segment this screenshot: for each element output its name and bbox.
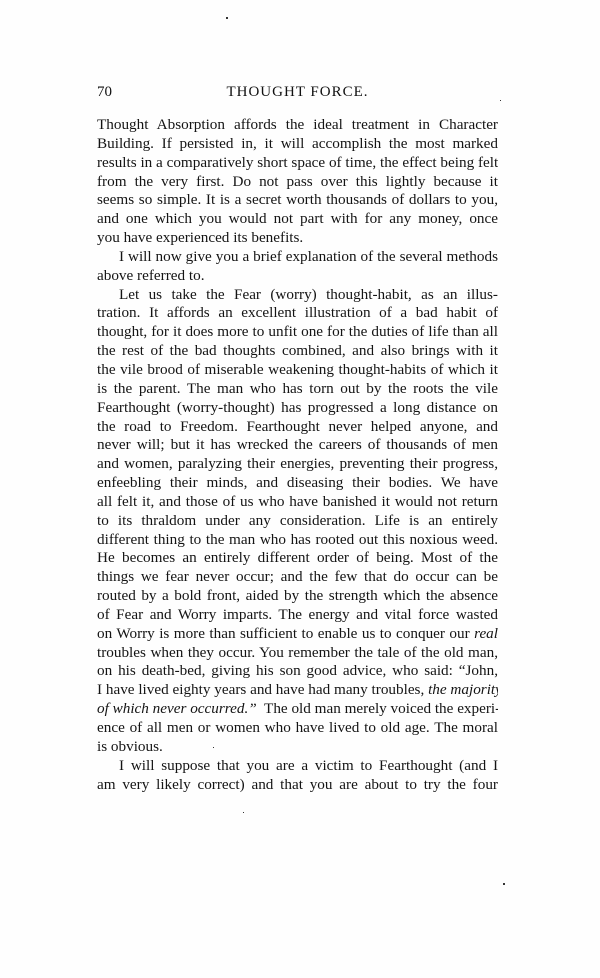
text-line: ence of all men or women who have lived …	[97, 719, 498, 738]
text-span: I have lived eighty years and have had m…	[97, 681, 428, 698]
text-line: enfeebling their minds, and diseasing th…	[97, 474, 498, 493]
italic-emphasis: of which never occurred.”	[97, 700, 257, 717]
text-line: all felt it, and those of us who have ba…	[97, 493, 498, 512]
body-text: Thought Absorption affords the ideal tre…	[97, 116, 498, 794]
text-line: I have lived eighty years and have had m…	[97, 681, 498, 700]
text-line: different thing to the man who has roote…	[97, 531, 498, 550]
text-line: of which never occurred.” The old man me…	[97, 700, 498, 719]
text-line: never will; but it has wrecked the caree…	[97, 436, 498, 455]
text-line: I will now give you a brief explanation …	[97, 248, 498, 267]
text-line: the vile brood of miserable weakening th…	[97, 361, 498, 380]
text-line: things we fear never occur; and the few …	[97, 568, 498, 587]
italic-emphasis: real	[474, 625, 498, 642]
text-line: I will suppose that you are a victim to …	[97, 757, 498, 776]
text-line: on his death-bed, giving his son good ad…	[97, 662, 498, 681]
text-line: thought, for it does more to unfit one f…	[97, 323, 498, 342]
italic-emphasis: the majority	[428, 681, 498, 698]
text-line: from the very first. Do not pass over th…	[97, 173, 498, 192]
text-line: is the parent. The man who has torn out …	[97, 380, 498, 399]
scan-speck	[503, 883, 505, 885]
text-line: Let us take the Fear (worry) thought-hab…	[97, 286, 498, 305]
scan-speck	[213, 747, 214, 748]
text-line: troubles when they occur. You remember t…	[97, 644, 498, 663]
text-line: results in a comparatively short space o…	[97, 154, 498, 173]
running-title: THOUGHT FORCE.	[97, 84, 498, 101]
text-line: Thought Absorption affords the ideal tre…	[97, 116, 498, 135]
text-line: above referred to.	[97, 267, 498, 286]
text-span: on Worry is more than sufficient to enab…	[97, 625, 474, 642]
text-line: of Fear and Worry imparts. The energy an…	[97, 606, 498, 625]
text-line: on Worry is more than sufficient to enab…	[97, 625, 498, 644]
text-line: is obvious.	[97, 738, 498, 757]
text-line: am very likely correct) and that you are…	[97, 776, 498, 795]
page-header: 70 THOUGHT FORCE.	[97, 84, 498, 104]
scan-speck	[500, 100, 501, 101]
scan-speck	[226, 17, 228, 19]
text-line: He becomes an entirely different order o…	[97, 549, 498, 568]
text-line: routed by a bold front, aided by the str…	[97, 587, 498, 606]
book-page: 70 THOUGHT FORCE. Thought Absorption aff…	[0, 0, 600, 978]
text-line: the rest of the bad thoughts combined, a…	[97, 342, 498, 361]
text-line: Fearthought (worry-thought) has progress…	[97, 399, 498, 418]
text-line: to its thraldom under any consideration.…	[97, 512, 498, 531]
text-line: and women, paralyzing their energies, pr…	[97, 455, 498, 474]
text-line: the road to Freedom. Fearthought never h…	[97, 418, 498, 437]
text-line: tration. It affords an excellent illustr…	[97, 304, 498, 323]
text-line: and one which you would not part with fo…	[97, 210, 498, 229]
text-line: Building. If persisted in, it will accom…	[97, 135, 498, 154]
text-line: you have experienced its benefits.	[97, 229, 498, 248]
scan-speck	[243, 812, 244, 813]
text-line: seems so simple. It is a secret worth th…	[97, 191, 498, 210]
text-span: The old man merely voiced the experi-	[257, 700, 498, 717]
